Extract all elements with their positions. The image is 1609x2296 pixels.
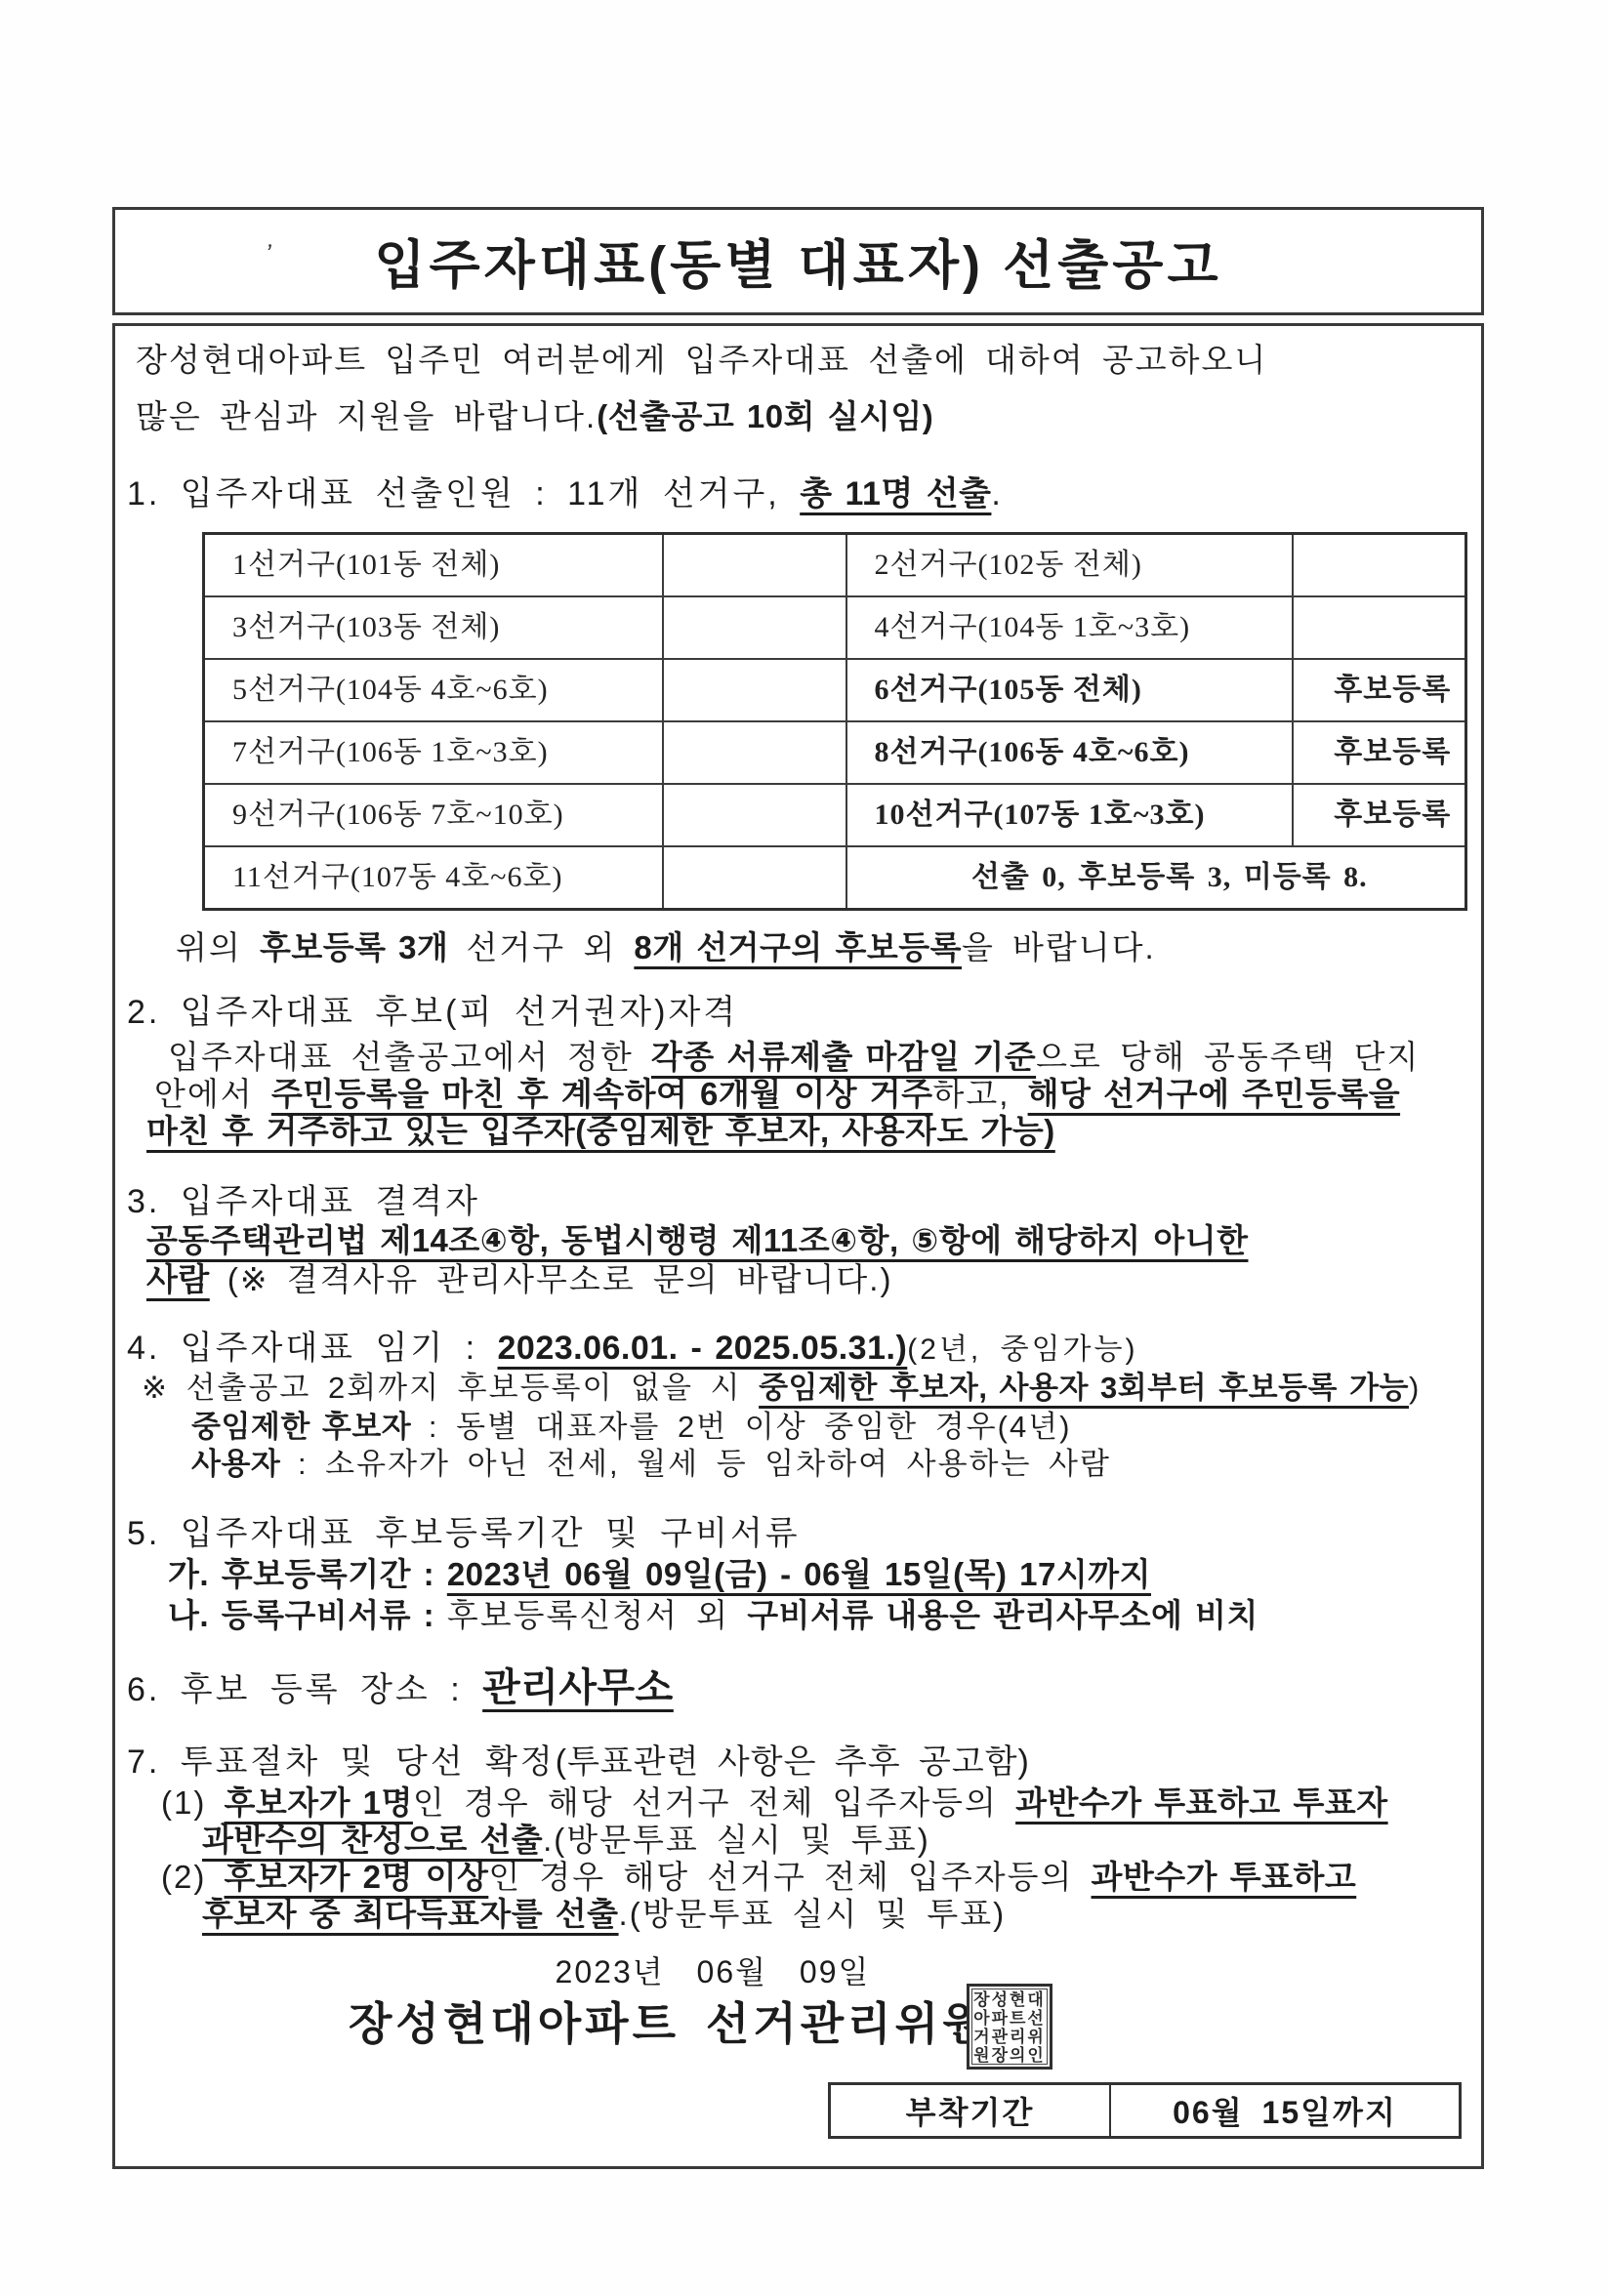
- status-badge: 후보등록: [1293, 659, 1466, 721]
- s7-i2-num: (2): [161, 1859, 225, 1895]
- table-row: 3선거구(103동 전체) 4선거구(104동 1호~3호): [204, 596, 1466, 659]
- table-row: 7선거구(106동 1호~3호) 8선거구(106동 4호~6호) 후보등록: [204, 721, 1466, 784]
- district-cell: 3선거구(103동 전체): [204, 596, 663, 659]
- s1-head-normal: 1. 입주자대표 선출인원 : 11개 선거구,: [127, 475, 800, 512]
- s7-i1-l2-bold: 과반수의 찬성으로 선출: [202, 1822, 543, 1858]
- district-cell: 9선거구(106동 7호~10호): [204, 784, 663, 846]
- s7-i1-bold1: 후보자가 1명: [225, 1784, 413, 1821]
- s5-line-2: 나. 등록구비서류 : 후보등록신청서 외 구비서류 내용은 관리사무소에 비치: [168, 1599, 1258, 1631]
- district-cell: 11선거구(107동 4호~6호): [204, 846, 663, 910]
- s7-i2-bold2: 과반수가 투표하고: [1092, 1859, 1357, 1895]
- s3-line-2: 사람 (※ 결격사유 관리사무소로 문의 바랍니다.): [146, 1263, 892, 1295]
- s2-line-1: 입주자대표 선출공고에서 정한 각종 서류제출 마감일 기준으로 당해 공동주택…: [168, 1041, 1420, 1073]
- section-6-heading: 6. 후보 등록 장소 : 관리사무소: [127, 1668, 674, 1707]
- table-row: 1선거구(101동 전체) 2선거구(102동 전체): [204, 534, 1466, 597]
- table-cell-empty: [663, 596, 846, 659]
- s5-line-1: 가. 후보등록기간 : 2023년 06월 09일(금) - 06월 15일(목…: [168, 1558, 1151, 1590]
- s3-line-1: 공동주택관리법 제14조④항, 동법시행령 제11조④항, ⑤항에 해당하지 아…: [146, 1224, 1248, 1256]
- s4-l2-n2: ): [1409, 1371, 1421, 1405]
- s7-i2-l2-bold: 후보자 중 최다득표자를 선출: [202, 1896, 619, 1932]
- s4-l2-bold: 중임제한 후보자, 사용자 3회부터 후보등록 가능: [759, 1371, 1409, 1405]
- intro-text-2: 많은 관심과 지원을 바랍니다.: [136, 398, 597, 434]
- s7-item-1-line-1: (1) 후보자가 1명인 경우 해당 선거구 전체 입주자등의 과반수가 투표하…: [161, 1786, 1388, 1819]
- s4-line-4: 사용자 : 소유자가 아닌 전세, 월세 등 임차하여 사용하는 사람: [191, 1449, 1111, 1479]
- title-box: 입주자대표(동별 대표자) 선출공고: [112, 207, 1484, 315]
- table-cell-empty: [663, 721, 846, 784]
- s7-i1-num: (1): [161, 1784, 225, 1821]
- note-bu1: 8개 선거구의 후보등록: [634, 929, 962, 965]
- note-n3: 을 바랍니다.: [962, 929, 1156, 965]
- seal-text-row: 원장의인: [972, 2046, 1047, 2065]
- table-row: 9선거구(106동 7호~10호) 10선거구(107동 1호~3호) 후보등록: [204, 784, 1466, 846]
- district-cell: 2선거구(102동 전체): [846, 534, 1293, 597]
- seal-text-row: 장성현대: [972, 1990, 1047, 2009]
- district-cell: 5선거구(104동 4호~6호): [204, 659, 663, 721]
- s5-l2-bold: 구비서류 내용은 관리사무소에 비치: [747, 1597, 1258, 1633]
- table-note: 위의 후보등록 3개 선거구 외 8개 선거구의 후보등록을 바랍니다.: [176, 931, 1156, 963]
- s1-head-bold: 총 11명 선출: [800, 475, 991, 512]
- s4-l4-def: : 소유자가 아닌 전세, 월세 등 임차하여 사용하는 사람: [280, 1447, 1111, 1481]
- s5-l2-normal: 후보등록신청서 외: [447, 1597, 747, 1633]
- s7-i1-bold2: 과반수가 투표하고 투표자: [1015, 1784, 1388, 1821]
- s2-l3-bold: 마친 후 거주하고 있는 입주자(중임제한 후보자, 사용자도 가능): [146, 1113, 1055, 1149]
- s2-l1-n2: 으로 당해 공동주택 단지: [1036, 1039, 1420, 1075]
- s2-line-2: 안에서 주민등록을 마친 후 계속하여 6개월 이상 거주하고, 해당 선거구에…: [154, 1078, 1400, 1110]
- section-1-heading: 1. 입주자대표 선출인원 : 11개 선거구, 총 11명 선출.: [127, 477, 1004, 511]
- s4-l4-term: 사용자: [191, 1447, 280, 1481]
- s5-l1-period: 2023년 06월 09일(금) - 06월 15일(목) 17시까지: [447, 1556, 1151, 1592]
- section-3-heading: 3. 입주자대표 결격자: [127, 1185, 480, 1218]
- district-cell: 1선거구(101동 전체): [204, 534, 663, 597]
- intro-line-2: 많은 관심과 지원을 바랍니다.(선출공고 10회 실시임): [136, 400, 933, 432]
- district-cell-registered: 6선거구(105동 전체): [846, 659, 1293, 721]
- notice-date: 2023년 06월 09일: [547, 1956, 879, 1988]
- s6-label: 6. 후보 등록 장소 :: [127, 1671, 482, 1708]
- official-seal-stamp: 장성현대 아파트선 거관리위 원장의인: [967, 1984, 1052, 2070]
- s7-i2-bold1: 후보자가 2명 이상: [225, 1859, 489, 1895]
- seal-text-row: 거관리위: [972, 2028, 1047, 2046]
- s1-head-period: .: [991, 475, 1003, 512]
- s2-l1-bold: 각종 서류제출 마감일 기준: [651, 1039, 1036, 1075]
- district-cell-registered: 10선거구(107동 1호~3호): [846, 784, 1293, 846]
- s2-l2-bold1: 주민등록을 마친 후 계속하여 6개월 이상 거주: [271, 1076, 933, 1112]
- note-b1: 후보등록 3개: [260, 929, 448, 965]
- status-cell-empty: [1293, 534, 1466, 597]
- s7-i2-l2-normal: .(방문투표 실시 및 투표): [619, 1896, 1007, 1932]
- page-title: 입주자대표(동별 대표자) 선출공고: [115, 224, 1481, 299]
- s5-l2-label: 나. 등록구비서류 :: [168, 1597, 447, 1633]
- table-row: 5선거구(104동 4호~6호) 6선거구(105동 전체) 후보등록: [204, 659, 1466, 721]
- table-cell-empty: [663, 534, 846, 597]
- status-badge: 후보등록: [1293, 784, 1466, 846]
- district-cell: 4선거구(104동 1호~3호): [846, 596, 1293, 659]
- s4-l3-def: : 동별 대표자를 2번 이상 중임한 경우(4년): [411, 1410, 1071, 1444]
- seal-text-row: 아파트선: [972, 2009, 1047, 2028]
- table-cell-empty: [663, 659, 846, 721]
- s2-l2-n1: 안에서: [154, 1076, 271, 1112]
- s4-l3-term: 중임제한 후보자: [191, 1410, 411, 1444]
- s7-head-main: 7. 투표절차 및 당선 확정: [127, 1743, 556, 1781]
- table-cell-empty: [663, 784, 846, 846]
- status-cell-empty: [1293, 596, 1466, 659]
- district-cell: 7선거구(106동 1호~3호): [204, 721, 663, 784]
- scanned-notice-page: { "doc": { "title": "입주자대표(동별 대표자) 선출공고"…: [0, 0, 1609, 2296]
- s3-l2-bold: 사람: [146, 1261, 210, 1297]
- section-5-heading: 5. 입주자대표 후보등록기간 및 구비서류: [127, 1517, 801, 1550]
- intro-line-1: 장성현대아파트 입주민 여러분에게 입주자대표 선출에 대하여 공고하오니: [136, 344, 1267, 376]
- s3-l2-normal: (※ 결격사유 관리사무소로 문의 바랍니다.): [210, 1261, 893, 1297]
- intro-text-1: 장성현대아파트 입주민 여러분에게 입주자대표 선출에 대하여 공고하오니: [136, 342, 1267, 378]
- section-2-heading: 2. 입주자대표 후보(피 선거권자)자격: [127, 996, 738, 1029]
- s4-line-3: 중임제한 후보자 : 동별 대표자를 2번 이상 중임한 경우(4년): [191, 1412, 1071, 1442]
- s3-l1-bold: 공동주택관리법 제14조④항, 동법시행령 제11조④항, ⑤항에 해당하지 아…: [146, 1222, 1248, 1258]
- table-row: 11선거구(107동 4호~6호) 선출 0, 후보등록 3, 미등록 8.: [204, 846, 1466, 910]
- status-badge: 후보등록: [1293, 721, 1466, 784]
- committee-signature: 장성현대아파트 선거관리위원장: [349, 2001, 1037, 2046]
- s4-l2-n1: ※ 선출공고 2회까지 후보등록이 없을 시: [142, 1371, 759, 1405]
- note-n2: 선거구 외: [448, 929, 634, 965]
- posting-period-table: 부착기간 06월 15일까지: [828, 2082, 1462, 2139]
- note-n1: 위의: [176, 929, 260, 965]
- s2-l2-n2: 하고,: [932, 1076, 1027, 1112]
- section-4-heading: 4. 입주자대표 임기 : 2023.06.01. - 2025.05.31.)…: [127, 1332, 1138, 1365]
- s7-i1-normal: 인 경우 해당 선거구 전체 입주자등의: [413, 1784, 1015, 1821]
- s4-head-n1: 4. 입주자대표 임기 :: [127, 1330, 498, 1367]
- s2-l1-n1: 입주자대표 선출공고에서 정한: [168, 1039, 651, 1075]
- s6-place: 관리사무소: [482, 1666, 674, 1709]
- s2-line-3: 마친 후 거주하고 있는 입주자(중임제한 후보자, 사용자도 가능): [146, 1115, 1055, 1147]
- table-cell-empty: [663, 846, 846, 910]
- s4-head-n2: (2년, 중임가능): [907, 1333, 1137, 1366]
- s5-l1-label: 가. 후보등록기간 :: [168, 1556, 447, 1592]
- s7-i2-normal: 인 경우 해당 선거구 전체 입주자등의: [488, 1859, 1091, 1895]
- s7-item-2-line-1: (2) 후보자가 2명 이상인 경우 해당 선거구 전체 입주자등의 과반수가 …: [161, 1861, 1356, 1893]
- summary-cell: 선출 0, 후보등록 3, 미등록 8.: [846, 846, 1466, 910]
- s4-head-bold: 2023.06.01. - 2025.05.31.): [498, 1330, 908, 1367]
- posting-period-value: 06월 15일까지: [1111, 2085, 1459, 2136]
- section-7-heading: 7. 투표절차 및 당선 확정(투표관련 사항은 추후 공고함): [127, 1745, 1030, 1779]
- district-table: 1선거구(101동 전체) 2선거구(102동 전체) 3선거구(103동 전체…: [202, 532, 1467, 911]
- s2-l2-bold2: 해당 선거구에 주민등록을: [1028, 1076, 1401, 1112]
- s7-head-paren: (투표관련 사항은 추후 공고함): [556, 1743, 1030, 1781]
- intro-text-2-bold: (선출공고 10회 실시임): [597, 398, 933, 434]
- s7-item-1-line-2: 과반수의 찬성으로 선출.(방문투표 실시 및 투표): [202, 1824, 930, 1856]
- s7-i1-l2-normal: .(방문투표 실시 및 투표): [543, 1822, 930, 1858]
- district-cell-registered: 8선거구(106동 4호~6호): [846, 721, 1293, 784]
- posting-period-label: 부착기간: [831, 2085, 1111, 2136]
- s7-item-2-line-2: 후보자 중 최다득표자를 선출.(방문투표 실시 및 투표): [202, 1898, 1006, 1930]
- s4-line-2: ※ 선출공고 2회까지 후보등록이 없을 시 중임제한 후보자, 사용자 3회부…: [142, 1373, 1421, 1403]
